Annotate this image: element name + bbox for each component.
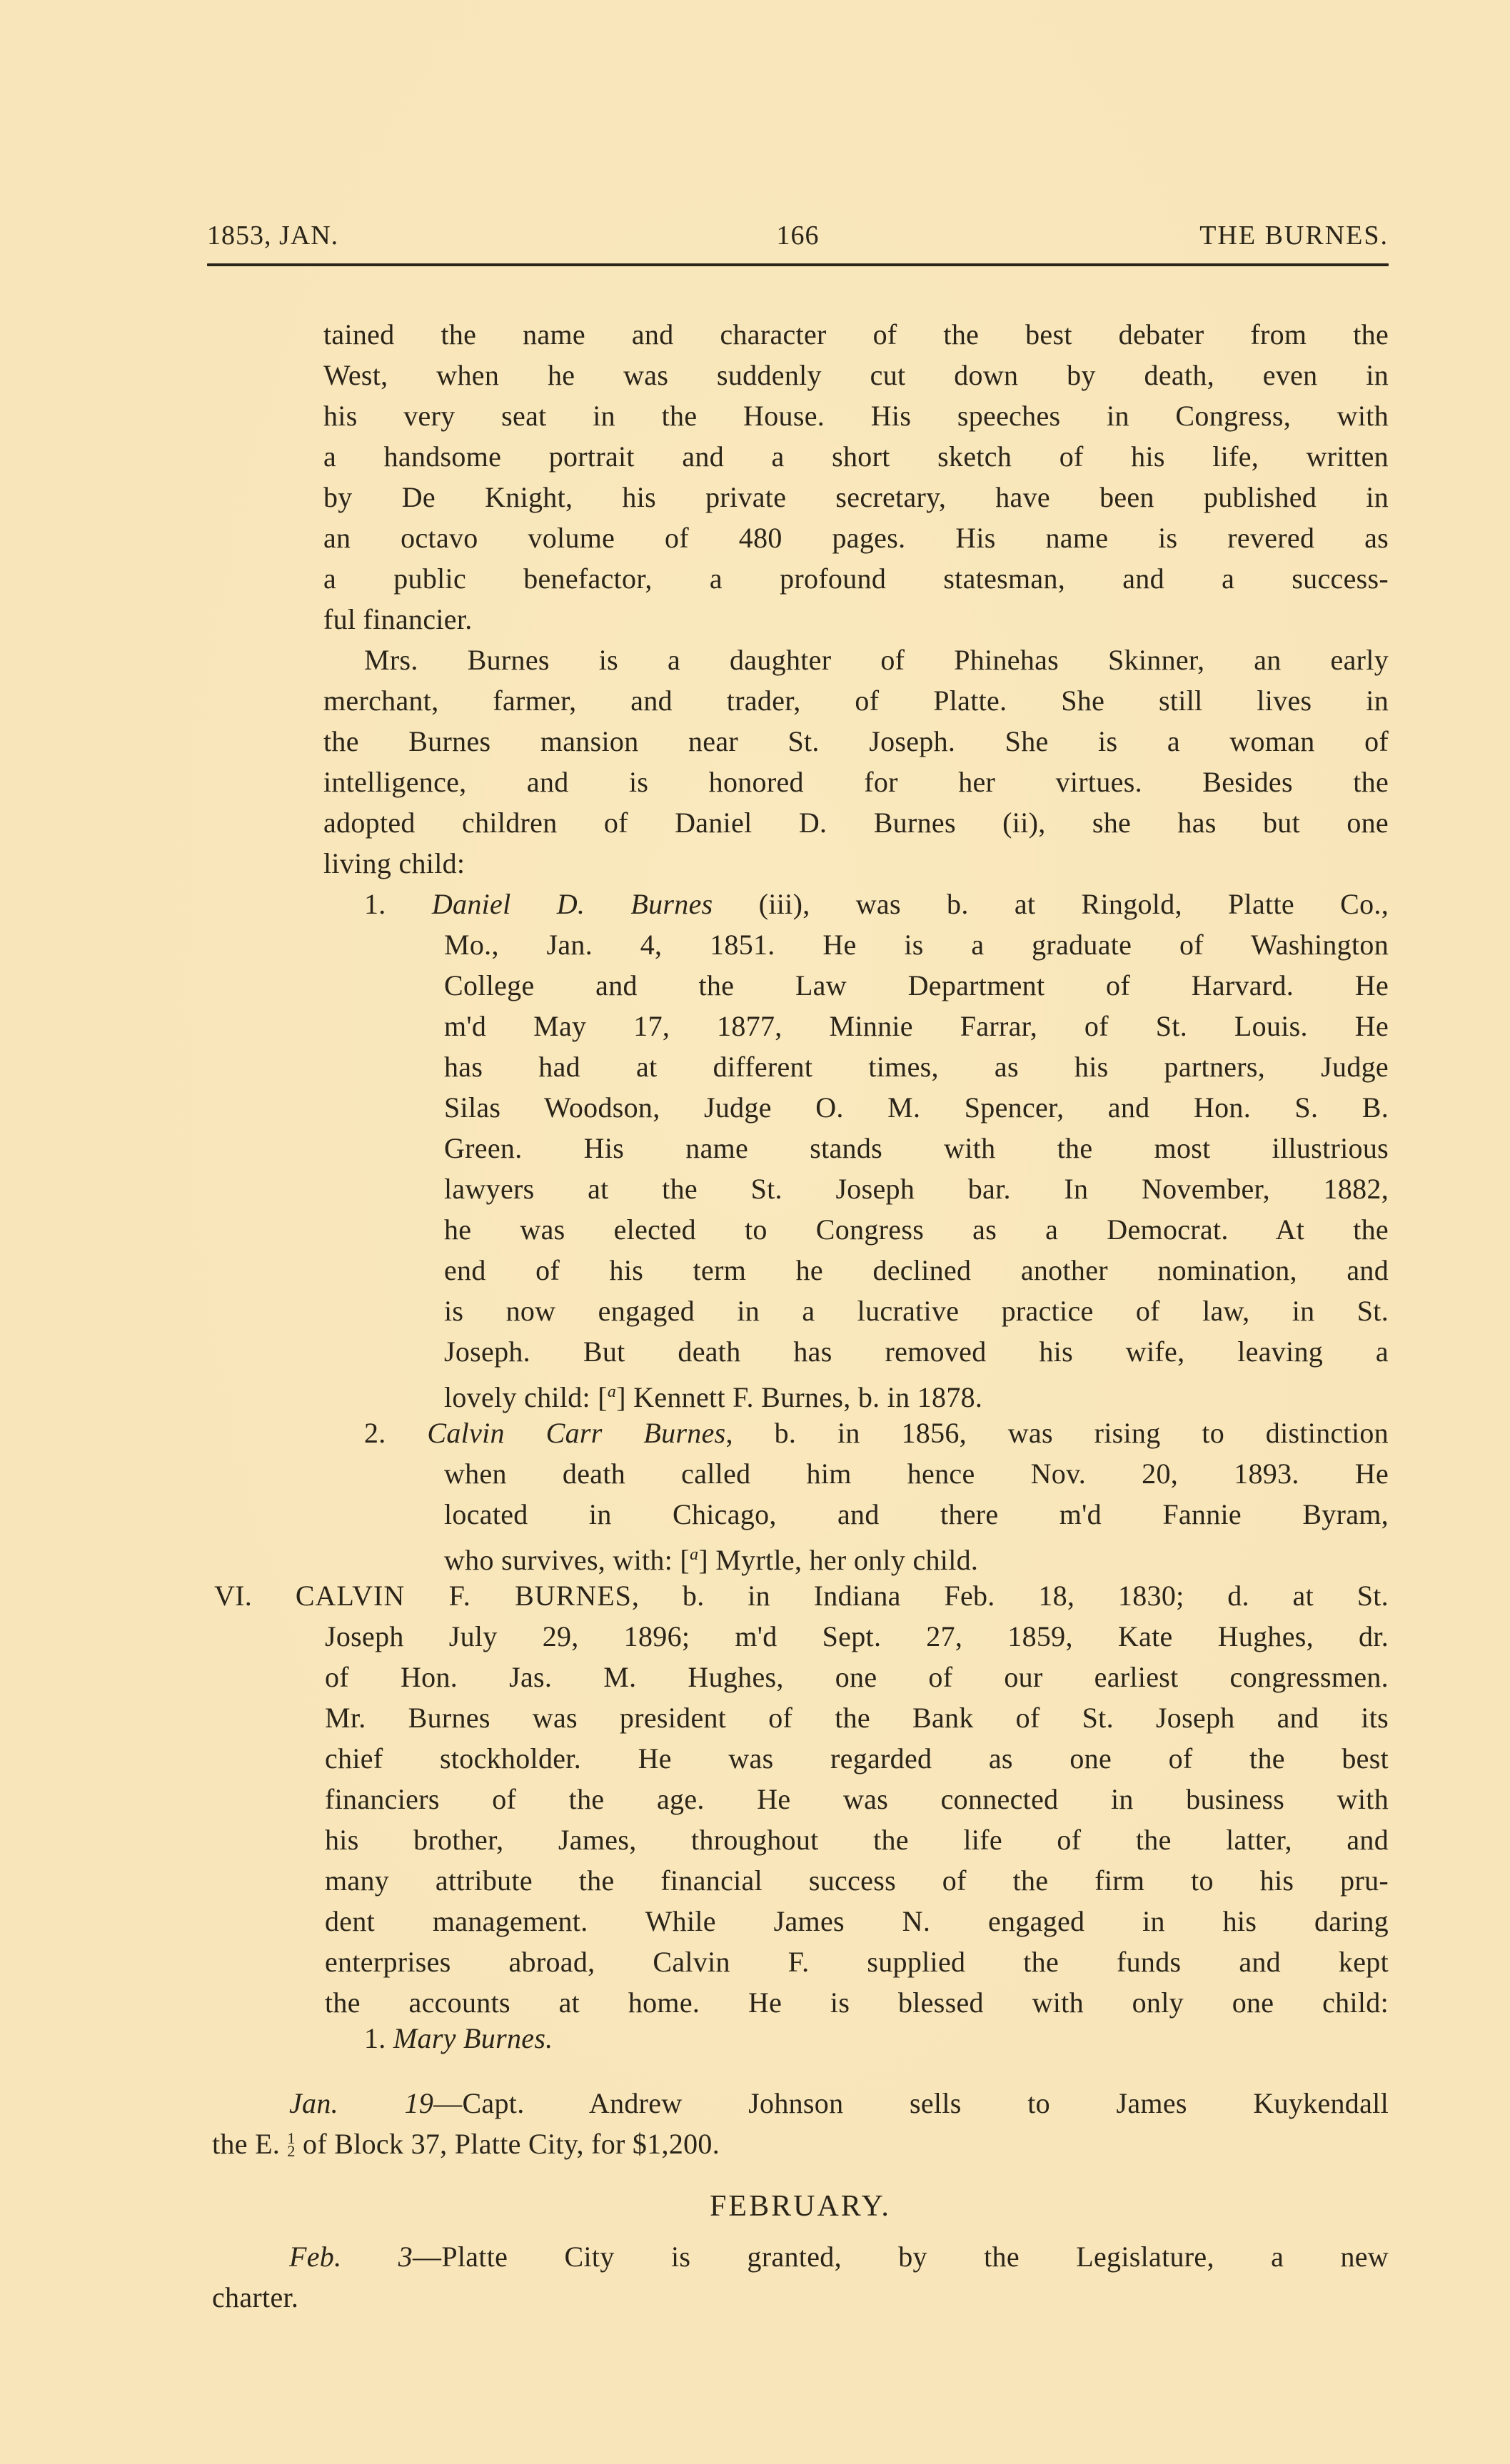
text-line: chief stockholder. He was regarded as on… <box>325 1738 1389 1779</box>
person-name: CALVIN F. BURNES <box>296 1580 632 1612</box>
footnote-marker: a <box>690 1545 698 1564</box>
text-line: when death called him hence Nov. 20, 189… <box>444 1453 1389 1494</box>
text-line: Jan. 19—Capt. Andrew Johnson sells to Ja… <box>289 2083 1389 2124</box>
text-line: charter. <box>212 2277 1389 2318</box>
text-line: merchant, farmer, and trader, of Platte.… <box>323 680 1389 721</box>
text-line: financiers of the age. He was connected … <box>325 1779 1389 1819</box>
text-line: end of his term he declined another nomi… <box>444 1250 1389 1291</box>
text-line: Mo., Jan. 4, 1851. He is a graduate of W… <box>444 924 1389 965</box>
text-line: m'd May 17, 1877, Minnie Farrar, of St. … <box>444 1006 1389 1046</box>
text-line: he was elected to Congress as a Democrat… <box>444 1209 1389 1250</box>
footnote-marker: a <box>608 1383 616 1401</box>
entry-date: Jan. 19 <box>289 2087 433 2119</box>
item-number: 2. <box>364 1417 386 1449</box>
text-line: his brother, James, throughout the life … <box>325 1819 1389 1860</box>
text-line: Joseph July 29, 1896; m'd Sept. 27, 1859… <box>325 1616 1389 1657</box>
text-line: dent management. While James N. engaged … <box>325 1901 1389 1942</box>
text-line: living child: <box>323 843 1389 884</box>
text-line: ful financier. <box>323 599 1389 640</box>
text-line: Feb. 3—Platte City is granted, by the Le… <box>289 2236 1389 2277</box>
text-line: Silas Woodson, Judge O. M. Spencer, and … <box>444 1087 1389 1128</box>
text-line: tained the name and character of the bes… <box>323 314 1389 355</box>
roman-numeral: VI. <box>214 1580 252 1612</box>
text-line: enterprises abroad, Calvin F. supplied t… <box>325 1942 1389 1982</box>
text-line: intelligence, and is honored for her vir… <box>323 762 1389 802</box>
text-line: Mr. Burnes was president of the Bank of … <box>325 1697 1389 1738</box>
item-number: 1. <box>364 888 386 920</box>
text-line: has had at different times, as his partn… <box>444 1046 1389 1087</box>
text-line: a public benefactor, a profound statesma… <box>323 558 1389 599</box>
text-line: 1. Daniel D. Burnes (iii), was b. at Rin… <box>364 884 1389 924</box>
header-title: THE BURNES. <box>1199 218 1389 253</box>
text-line: Mrs. Burnes is a daughter of Phinehas Sk… <box>364 640 1389 680</box>
text-line: who survives, with: [a] Myrtle, her only… <box>444 1535 1389 1575</box>
text-line: the Burnes mansion near St. Joseph. She … <box>323 721 1389 762</box>
text-line: many attribute the financial success of … <box>325 1860 1389 1901</box>
text-line: his very seat in the House. His speeches… <box>323 395 1389 436</box>
text-line: College and the Law Department of Harvar… <box>444 965 1389 1006</box>
text-line: a handsome portrait and a short sketch o… <box>323 436 1389 477</box>
entry-date: Feb. 3 <box>289 2241 413 2273</box>
text-line: Joseph. But death has removed his wife, … <box>444 1331 1389 1372</box>
child-name: Mary Burnes. <box>393 2022 553 2054</box>
child-name: Daniel D. Burnes <box>432 888 713 920</box>
text-line: lovely child: [a] Kennett F. Burnes, b. … <box>444 1372 1389 1413</box>
header-rule <box>207 263 1389 266</box>
text-line: VI. CALVIN F. BURNES, b. in Indiana Feb.… <box>214 1575 1389 1616</box>
text-line: is now engaged in a lucrative practice o… <box>444 1291 1389 1331</box>
text-line: 1. Mary Burnes. <box>364 2018 1389 2059</box>
child-name: Calvin Carr Burnes <box>427 1417 725 1449</box>
text-line: by De Knight, his private secretary, hav… <box>323 477 1389 517</box>
text-line: 2. Calvin Carr Burnes, b. in 1856, was r… <box>364 1413 1389 1453</box>
text-line: an octavo volume of 480 pages. His name … <box>323 517 1389 558</box>
fraction-half: 12 <box>287 2132 295 2158</box>
text-line: adopted children of Daniel D. Burnes (ii… <box>323 802 1389 843</box>
text-line: lawyers at the St. Joseph bar. In Novemb… <box>444 1168 1389 1209</box>
item-number: 1. <box>364 2022 386 2054</box>
text-line: located in Chicago, and there m'd Fannie… <box>444 1494 1389 1535</box>
text-line: the E. 12 of Block 37, Platte City, for … <box>212 2124 1389 2164</box>
text-line: of Hon. Jas. M. Hughes, one of our earli… <box>325 1657 1389 1697</box>
running-header: 1853, JAN. 166 THE BURNES. <box>207 218 1389 253</box>
text-line: the accounts at home. He is blessed with… <box>325 1982 1389 2023</box>
text-line: West, when he was suddenly cut down by d… <box>323 355 1389 395</box>
text-line: Green. His name stands with the most ill… <box>444 1128 1389 1168</box>
book-page: 1853, JAN. 166 THE BURNES. tained the na… <box>0 0 1510 2464</box>
month-heading: FEBRUARY. <box>212 2186 1389 2227</box>
